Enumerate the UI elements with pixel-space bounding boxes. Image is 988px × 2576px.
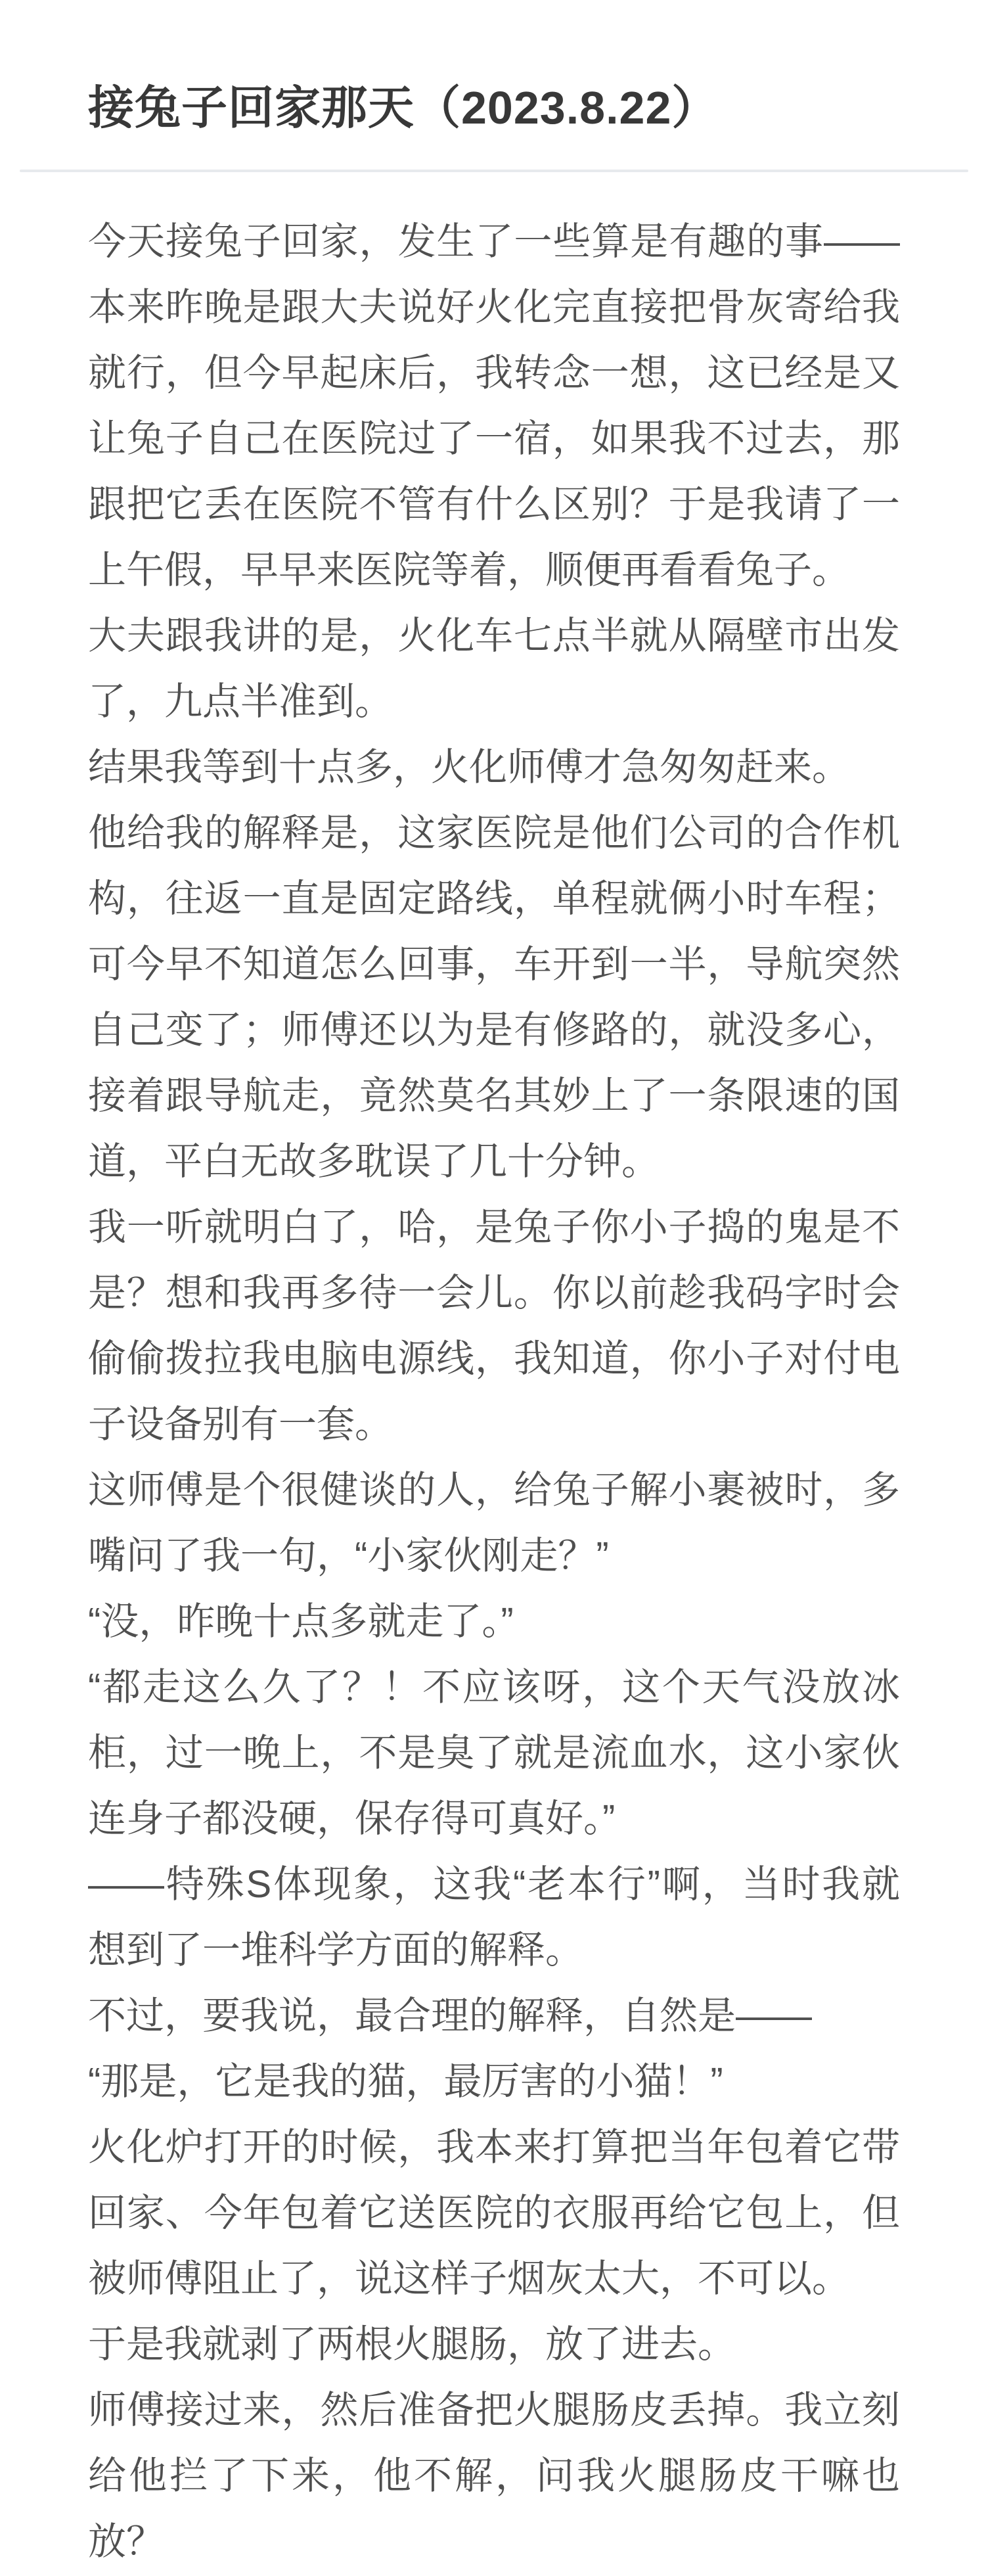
paragraph: 不过，要我说，最合理的解释，自然是—— <box>88 1983 900 2049</box>
paragraph: 火化炉打开的时候，我本来打算把当年包着它带回家、今年包着它送医院的衣服再给它包上… <box>88 2115 900 2312</box>
paragraph: “都走这么久了？！不应该呀，这个天气没放冰柜，过一晚上，不是臭了就是流血水，这小… <box>88 1655 900 1852</box>
article-body: 今天接兔子回家，发生了一些算是有趣的事——本来昨晚是跟大夫说好火化完直接把骨灰寄… <box>88 209 900 2575</box>
paragraph: 这师傅是个很健谈的人，给兔子解小裹被时，多嘴问了我一句，“小家伙刚走？” <box>88 1458 900 1589</box>
article-title: 接兔子回家那天（2023.8.22） <box>88 84 900 131</box>
title-divider <box>20 170 968 172</box>
paragraph: 结果我等到十点多，火化师傅才急匆匆赶来。 <box>88 735 900 800</box>
paragraph: 大夫跟我讲的是，火化车七点半就从隔壁市出发了，九点半准到。 <box>88 603 900 735</box>
paragraph: “那是，它是我的猫，最厉害的小猫！” <box>88 2049 900 2115</box>
paragraph: 我一听就明白了，哈，是兔子你小子捣的鬼是不是？想和我再多待一会儿。你以前趁我码字… <box>88 1195 900 1458</box>
paragraph: ——特殊S体现象，这我“老本行”啊，当时我就想到了一堆科学方面的解释。 <box>88 1852 900 1983</box>
article-page: 接兔子回家那天（2023.8.22） 今天接兔子回家，发生了一些算是有趣的事——… <box>0 0 988 2576</box>
paragraph: 今天接兔子回家，发生了一些算是有趣的事——本来昨晚是跟大夫说好火化完直接把骨灰寄… <box>88 209 900 603</box>
paragraph: “没，昨晚十点多就走了。” <box>88 1589 900 1655</box>
paragraph: 师傅接过来，然后准备把火腿肠皮丢掉。我立刻给他拦了下来，他不解，问我火腿肠皮干嘛… <box>88 2378 900 2575</box>
paragraph: 他给我的解释是，这家医院是他们公司的合作机构，往返一直是固定路线，单程就俩小时车… <box>88 800 900 1195</box>
paragraph: 于是我就剥了两根火腿肠，放了进去。 <box>88 2312 900 2378</box>
